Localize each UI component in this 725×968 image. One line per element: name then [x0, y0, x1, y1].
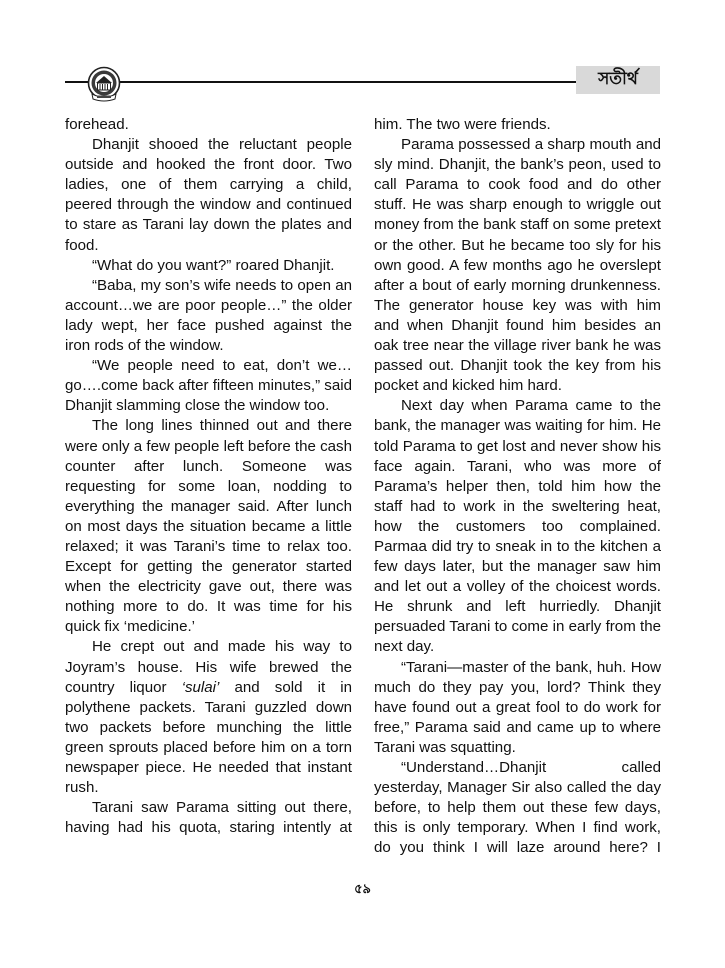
paragraph: “Understand…Dhanjit called yesterday, Ma… — [374, 758, 661, 858]
magazine-title-badge: সতীর্থ — [576, 66, 660, 94]
italic-term: ‘sulai’ — [182, 679, 220, 696]
paragraph: “We people need to eat, don’t we…go….com… — [65, 356, 352, 416]
paragraph: Tarani saw Parama sitting out there, hav… — [65, 798, 352, 838]
right-text-column: him. The two were friends. Parama posses… — [374, 115, 661, 858]
paragraph-text: and sold it in polythene packets. Tarani… — [65, 679, 352, 796]
paragraph: Parama possessed a sharp mouth and sly m… — [374, 135, 661, 396]
paragraph: him. The two were friends. — [374, 115, 661, 135]
paragraph: Dhanjit shooed the reluctant people outs… — [65, 135, 352, 256]
page-number: ৫৯ — [0, 880, 725, 901]
left-text-column: forehead. Dhanjit shooed the reluctant p… — [65, 115, 352, 838]
page-header: সতীর্থ — [0, 0, 725, 110]
paragraph: The long lines thinned out and there wer… — [65, 416, 352, 637]
header-divider-line — [65, 81, 577, 83]
magazine-title: সতীর্থ — [598, 66, 638, 94]
paragraph: “Baba, my son’s wife needs to open an ac… — [65, 276, 352, 356]
paragraph: “Tarani—master of the bank, huh. How muc… — [374, 658, 661, 758]
paragraph: forehead. — [65, 115, 352, 135]
paragraph: “What do you want?” roared Dhanjit. — [65, 256, 352, 276]
paragraph: He crept out and made his way to Joyram’… — [65, 637, 352, 798]
paragraph: Next day when Parama came to the bank, t… — [374, 396, 661, 657]
institution-emblem-icon — [86, 66, 122, 102]
